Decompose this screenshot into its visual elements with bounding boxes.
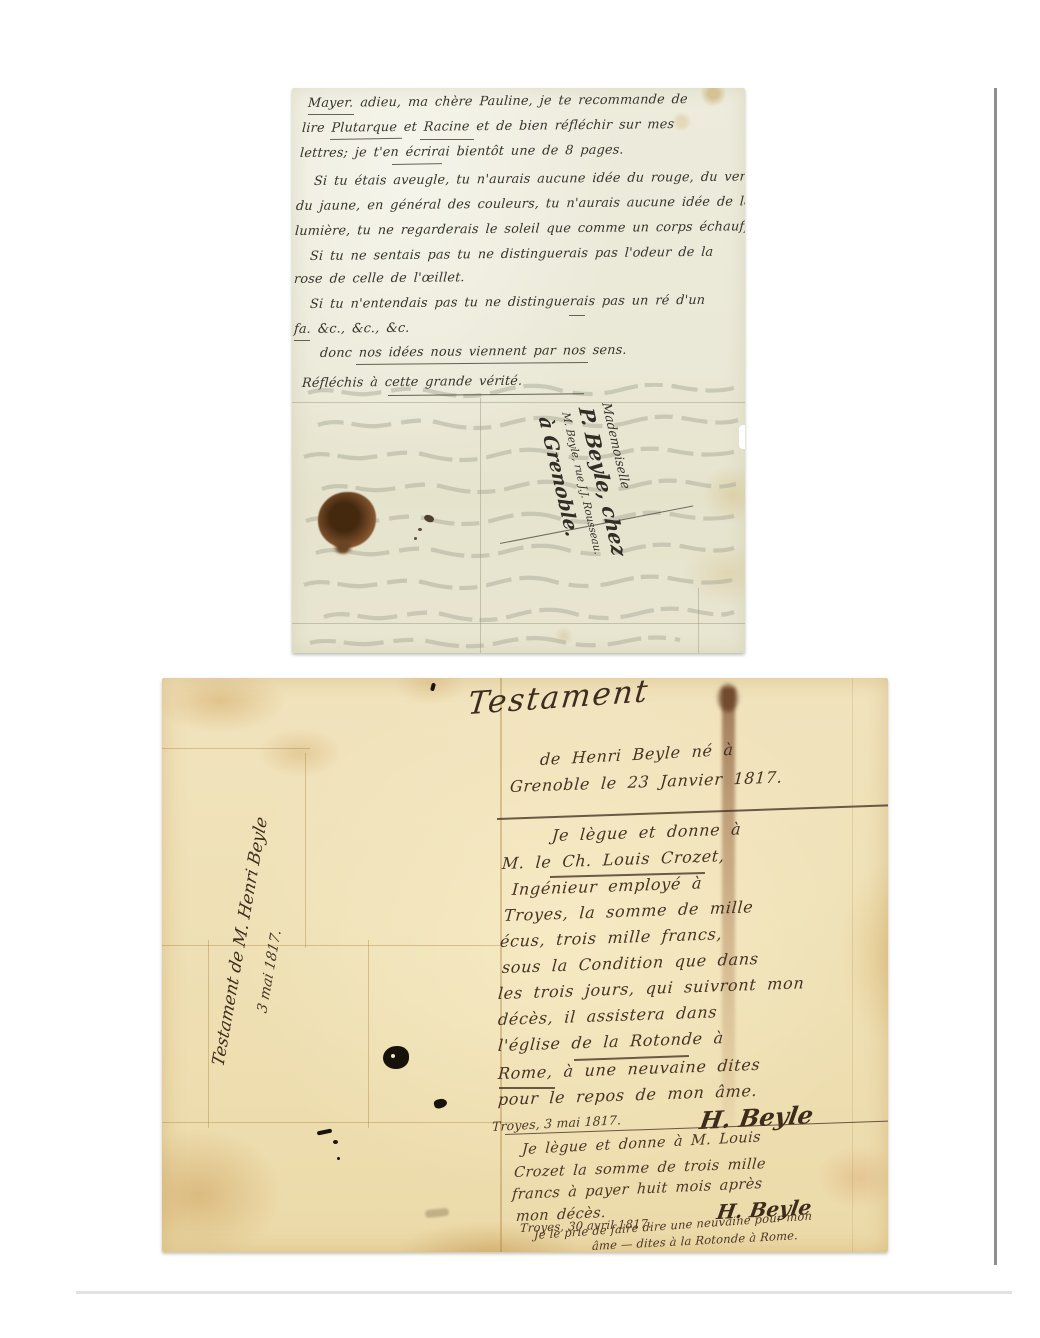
letter-line: du jaune, en général des couleurs, tu n'… (296, 194, 745, 214)
fold-crease (162, 945, 500, 946)
letter-line: Si tu étais aveugle, tu n'aurais aucune … (314, 169, 745, 189)
testament-body-line: Je lègue et donne à (551, 819, 742, 845)
letter-line: Si tu ne sentais pas tu ne distinguerais… (310, 245, 714, 264)
testament-body-line: sous la Condition que dans (501, 949, 759, 977)
ink-blot-highlight (391, 1054, 395, 1058)
fold-crease (698, 588, 699, 653)
side-label: Testament de M. Henri Beyle 3 mai 1817. (209, 749, 316, 1073)
fold-crease (480, 398, 481, 653)
underline-stroke (330, 138, 402, 141)
fold-crease (162, 1122, 520, 1123)
fold-crease (208, 940, 209, 1128)
testament-title: Testament (466, 678, 651, 722)
testament-body-line: Ingénieur employé à (511, 873, 703, 899)
ink-speck (418, 528, 422, 531)
testament-body-line: l'église de la Rotonde à (497, 1028, 724, 1055)
letter-line: lire Plutarque et Racine et de bien réfl… (302, 117, 675, 136)
header-rule (497, 804, 888, 819)
testament-header-line: Grenoble le 23 Janvier 1817. (509, 767, 783, 796)
ink-speck (317, 1128, 333, 1135)
fold-crease (162, 748, 310, 749)
seal-stain-lobe (332, 540, 354, 554)
stain-streak-head (718, 684, 738, 712)
underline-stroke (392, 163, 442, 165)
paper-tear (739, 425, 745, 449)
letter-line: fa. &c., &c., &c. (294, 321, 410, 337)
underline-stroke (294, 340, 310, 341)
ink-blot (383, 1046, 409, 1069)
footer-rule (76, 1291, 1012, 1294)
ink-blot (433, 1097, 448, 1109)
underline-stroke (569, 315, 585, 316)
manuscript-letter-scan: Mayer. adieu, ma chère Pauline, je te re… (292, 88, 745, 653)
page-divider-line (994, 88, 997, 1265)
letter-line: rose de celle de l'œillet. (294, 270, 466, 287)
letter-line: donc nos idées nous viennent par nos sen… (320, 343, 628, 361)
letter-line: lumière, tu ne regarderais le soleil que… (295, 219, 745, 239)
letter-line: Réfléchis à cette grande vérité. (302, 374, 523, 391)
ink-speck (430, 683, 436, 692)
testament-body-line: M. le Ch. Louis Crozet, (501, 846, 725, 873)
fold-crease (852, 678, 853, 1252)
testament-body-line: les trois jours, qui suivront mon (497, 973, 805, 1003)
ink-speck (414, 537, 417, 540)
pencil-smudge (425, 1208, 450, 1218)
letter-line: lettres; je t'en écrirai bientôt une de … (300, 143, 625, 161)
testament-header-line: de Henri Beyle né à (540, 740, 735, 769)
testament-body-line: Troyes, la somme de mille (503, 897, 754, 925)
underline-stroke (420, 139, 474, 140)
manuscript-testament-scan: Testament de M. Henri Beyle 3 mai 1817. … (162, 678, 888, 1252)
fold-crease (292, 623, 745, 624)
testament-body-line: décès, il assistera dans (497, 1002, 718, 1029)
letter-line: Si tu n'entendais pas tu ne distinguerai… (310, 293, 706, 312)
ink-speck (333, 1140, 338, 1144)
letter-line: Mayer. adieu, ma chère Pauline, je te re… (308, 92, 689, 111)
testament-body-line: écus, trois mille francs, (499, 924, 723, 951)
fold-crease (368, 940, 369, 1128)
codicil-line: Je lègue et donne à M. Louis (522, 1129, 762, 1158)
underline-stroke (356, 362, 588, 365)
fold-crease (292, 402, 745, 403)
underline-stroke (308, 114, 354, 115)
ink-speck (337, 1157, 340, 1160)
